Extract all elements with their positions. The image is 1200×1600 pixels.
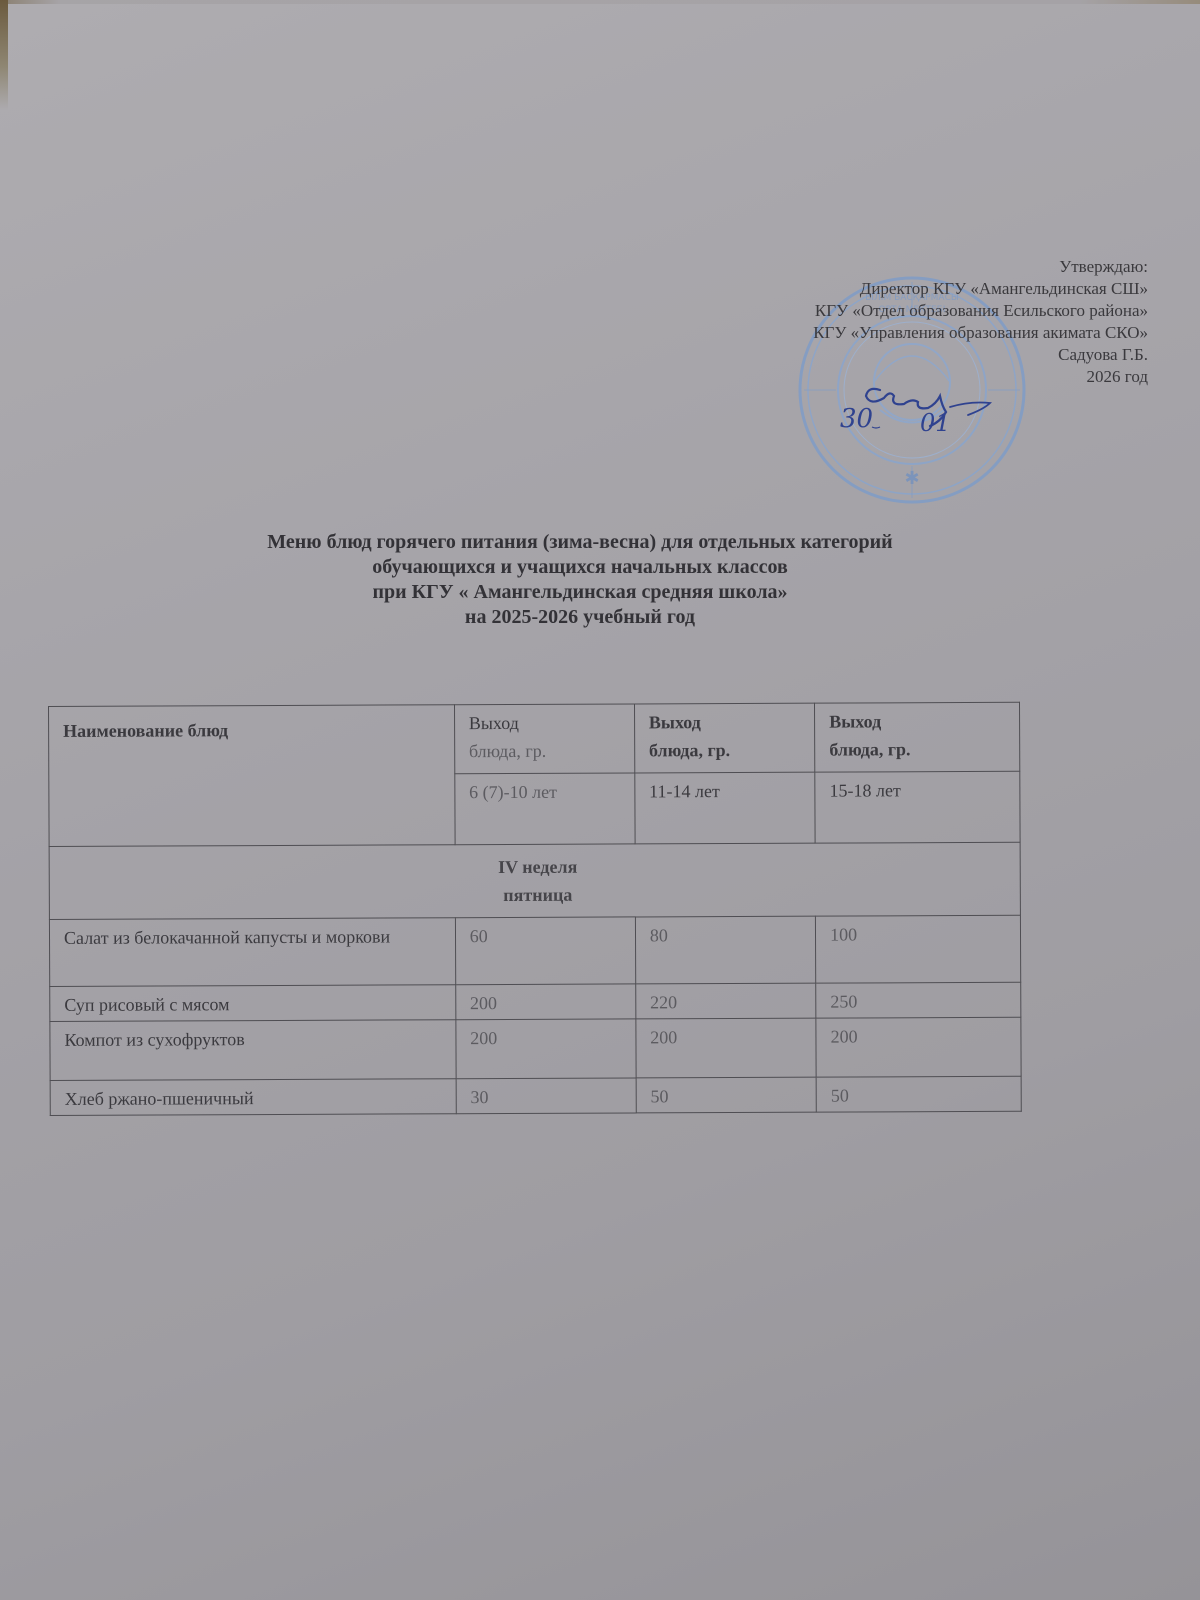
- dish-yield-1: 30: [456, 1078, 636, 1114]
- title-line-3: при КГУ « Амангельдинская средняя школа»: [60, 580, 1100, 605]
- dish-name: Салат из белокачанной капусты и моркови: [49, 918, 455, 987]
- menu-table: Наименование блюд Выход блюда, гр. Выход…: [48, 702, 1022, 1116]
- header-yield-2-line2: блюда, гр.: [649, 736, 806, 765]
- week-label: IV неделя: [64, 851, 1012, 883]
- table-row: Компот из сухофруктов 200 200 200: [50, 1017, 1021, 1080]
- header-age-1: 6 (7)-10 лет: [455, 773, 635, 845]
- header-yield-1: Выход блюда, гр.: [454, 704, 634, 774]
- title-line-4: на 2025-2026 учебный год: [60, 605, 1100, 630]
- header-age-2: 11-14 лет: [635, 772, 816, 844]
- dish-yield-3: 250: [816, 982, 1021, 1018]
- title-line-1: Меню блюд горячего питания (зима-весна) …: [60, 530, 1100, 555]
- signature-month: 01: [920, 409, 951, 437]
- dish-yield-1: 60: [455, 917, 635, 985]
- header-yield-2-line1: Выход: [649, 708, 806, 737]
- dish-yield-2: 80: [635, 916, 816, 984]
- table-week-row: IV неделя пятница: [49, 842, 1020, 919]
- header-age-3: 15-18 лет: [815, 771, 1020, 843]
- table-header-row: Наименование блюд Выход блюда, гр. Выход…: [49, 702, 1020, 775]
- paper-edge-top: [0, 0, 1200, 4]
- dish-yield-2: 50: [636, 1077, 816, 1113]
- approval-line-name: Садуова Г.Б.: [813, 344, 1148, 366]
- dish-yield-2: 200: [636, 1018, 817, 1078]
- svg-text:✱: ✱: [904, 468, 919, 489]
- week-day-cell: IV неделя пятница: [49, 842, 1020, 919]
- day-label: пятница: [64, 879, 1012, 911]
- dish-yield-3: 200: [816, 1017, 1021, 1077]
- dish-name: Компот из сухофруктов: [50, 1020, 456, 1081]
- header-yield-2: Выход блюда, гр.: [634, 703, 815, 773]
- approval-line-department: КГУ «Отдел образования Есильского района…: [813, 300, 1148, 322]
- document-title: Меню блюд горячего питания (зима-весна) …: [60, 530, 1100, 630]
- header-yield-1-line2: блюда, гр.: [469, 736, 626, 765]
- approval-line-director: Директор КГУ «Амангельдинская СШ»: [813, 278, 1148, 300]
- dish-yield-1: 200: [455, 984, 635, 1020]
- dish-yield-2: 220: [635, 983, 815, 1019]
- dish-yield-1: 200: [456, 1019, 636, 1079]
- dish-name: Суп рисовый с мясом: [50, 985, 456, 1022]
- dish-yield-3: 100: [816, 915, 1021, 983]
- signature-icon: 30 01: [820, 365, 1020, 445]
- signature-day: 30: [840, 404, 873, 434]
- paper-edge-left: [0, 0, 8, 110]
- table-row: Салат из белокачанной капусты и моркови …: [49, 915, 1020, 986]
- header-yield-3: Выход блюда, гр.: [815, 702, 1020, 772]
- approval-heading: Утверждаю:: [813, 256, 1148, 278]
- approval-line-administration: КГУ «Управления образования акимата СКО»: [813, 322, 1148, 344]
- dish-name: Хлеб ржано-пшеничный: [50, 1079, 456, 1116]
- header-yield-3-line1: Выход: [829, 707, 1011, 736]
- header-yield-3-line2: блюда, гр.: [829, 735, 1011, 764]
- dish-yield-3: 50: [816, 1076, 1021, 1112]
- title-line-2: обучающихся и учащихся начальных классов: [60, 555, 1100, 580]
- header-dish-name: Наименование блюд: [49, 705, 455, 847]
- table-row: Хлеб ржано-пшеничный 30 50 50: [50, 1076, 1021, 1115]
- header-yield-1-line1: Выход: [469, 708, 626, 737]
- table-row: Суп рисовый с мясом 200 220 250: [50, 982, 1021, 1021]
